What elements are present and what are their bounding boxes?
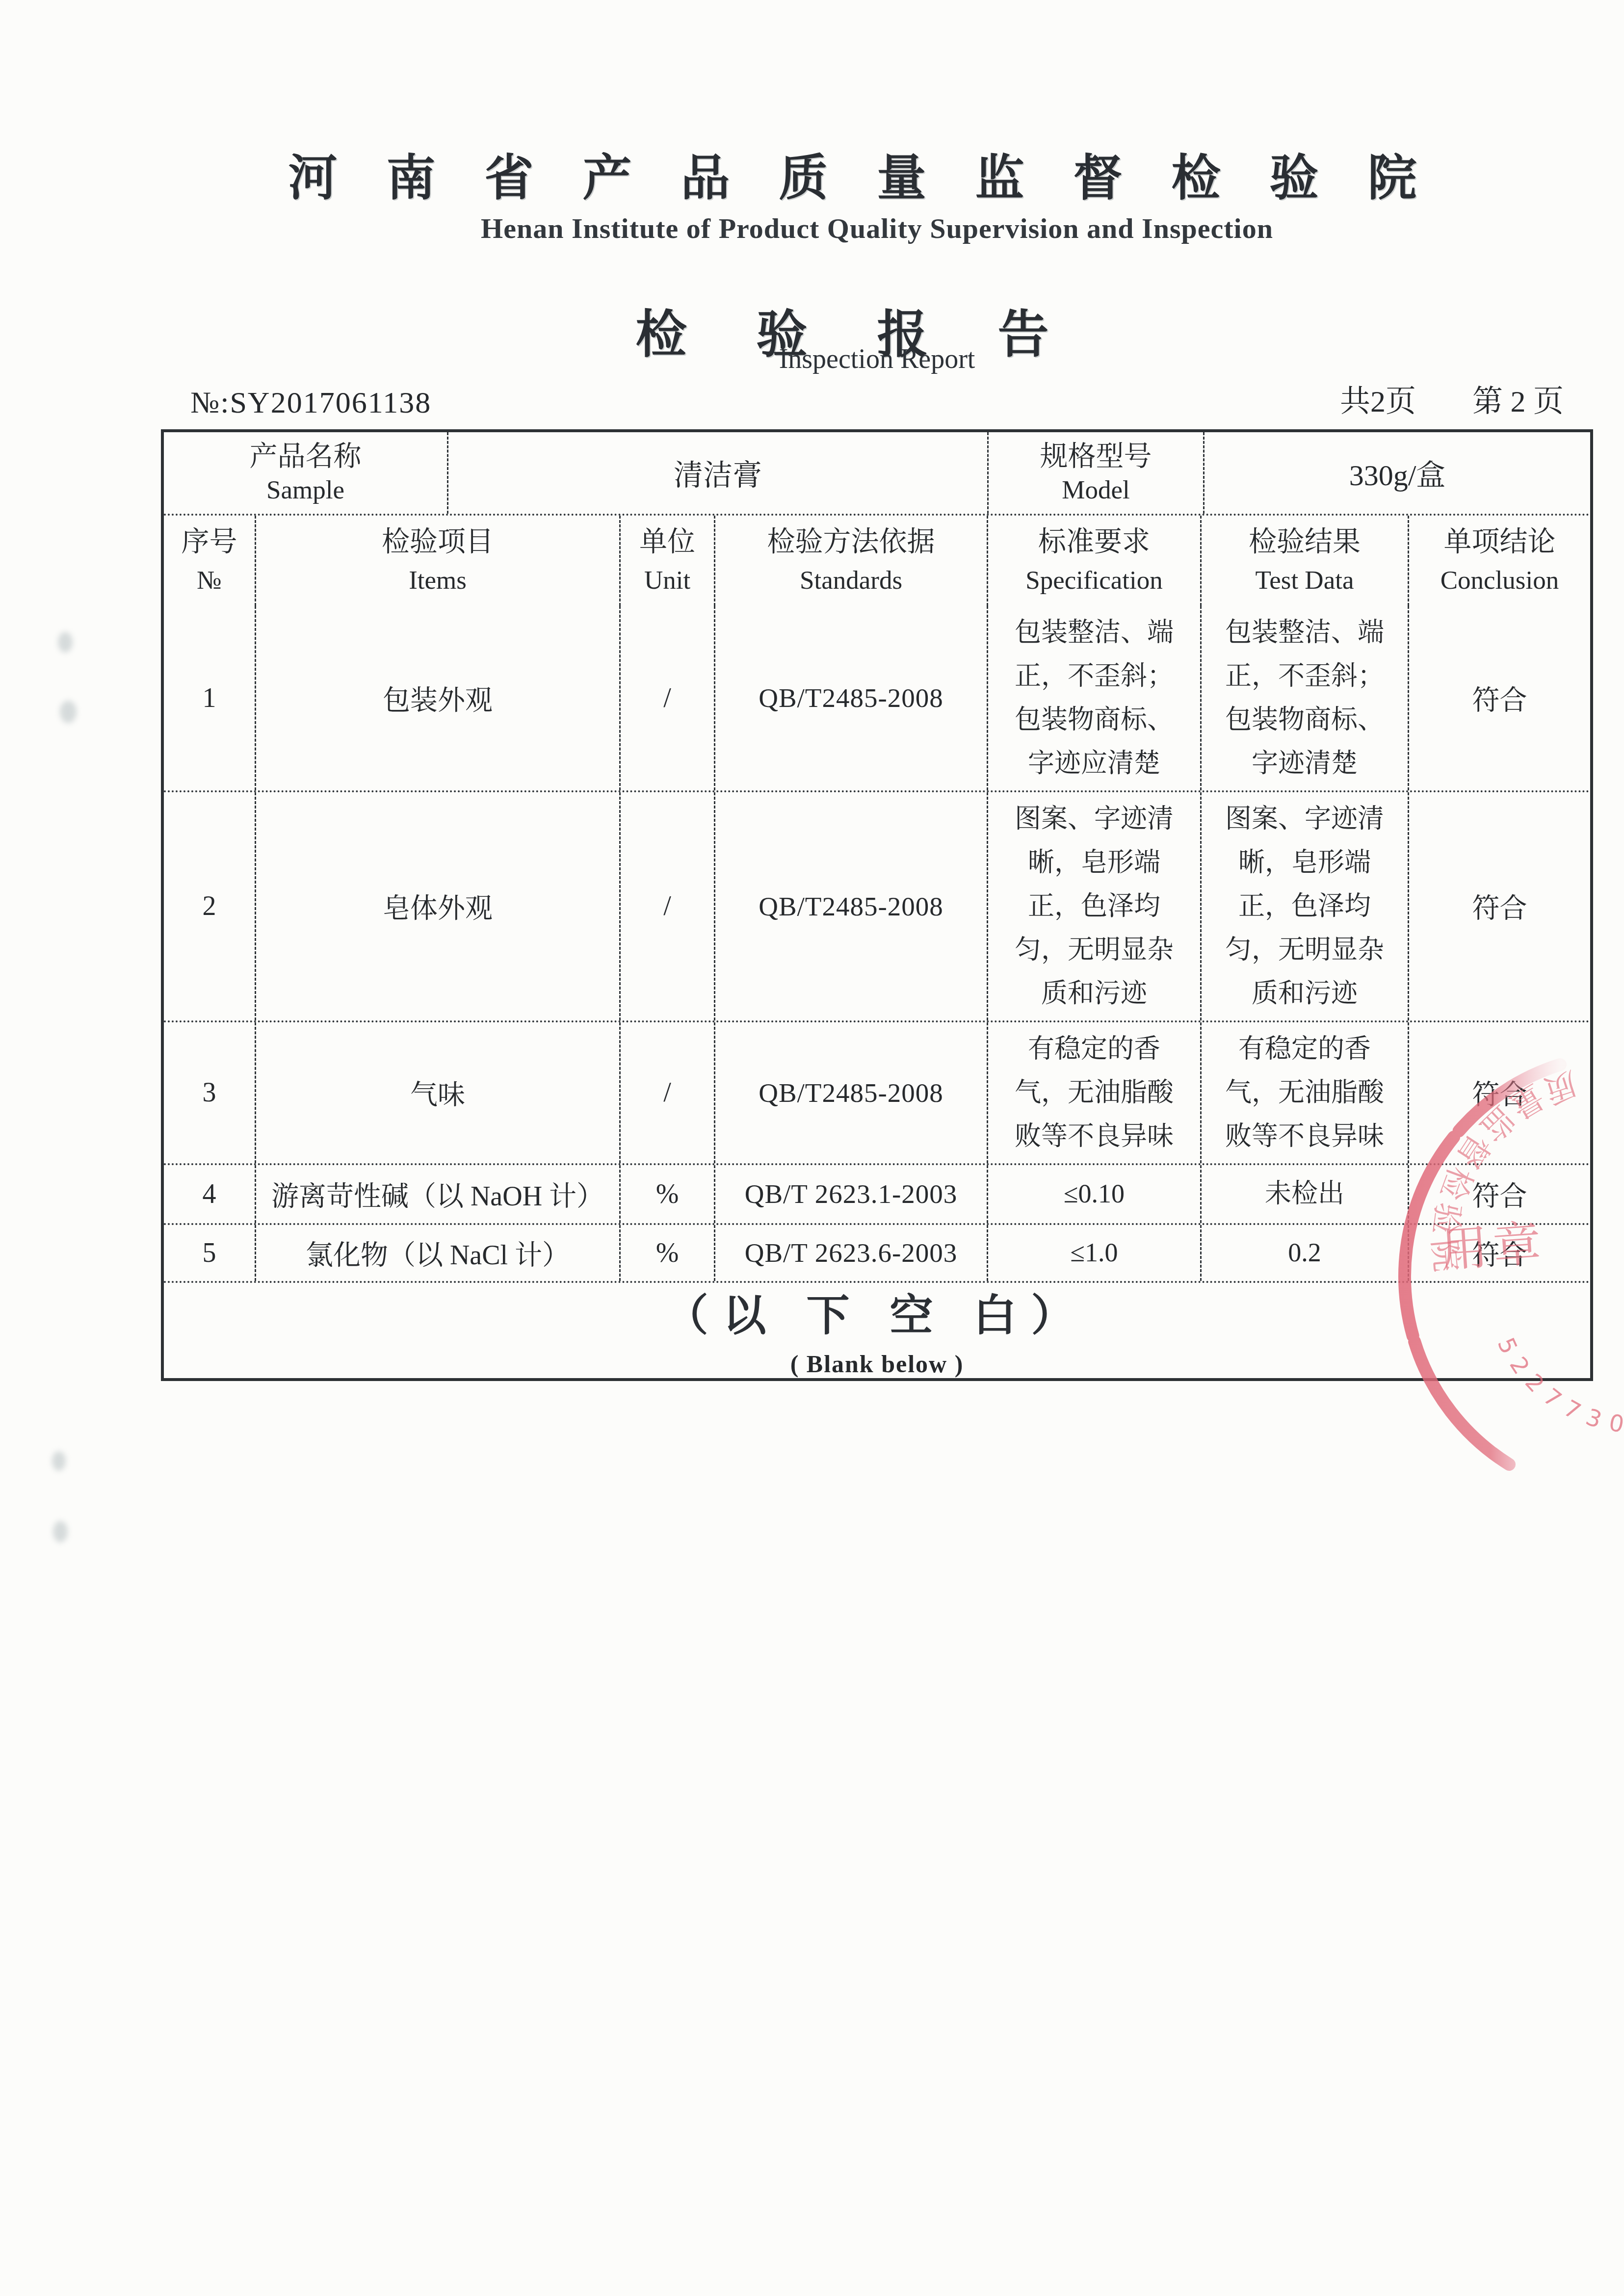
svg-text:7: 7 <box>1559 1395 1585 1426</box>
cell-no: 3 <box>164 1022 255 1163</box>
column-header-3: 单位Unit <box>619 516 714 606</box>
column-header-2: 检验项目Items <box>255 516 619 606</box>
scan-smudge <box>58 632 73 652</box>
svg-text:2: 2 <box>1504 1352 1535 1379</box>
cell-unit: / <box>619 1022 714 1163</box>
table-row: 2皂体外观/QB/T2485-2008图案、字迹清 晰，皂形端 正，色泽均 匀，… <box>164 790 1590 1020</box>
model-value: 330g/盒 <box>1203 432 1590 514</box>
product-name-label: 产品名称 Sample <box>164 432 447 514</box>
cell-no: 4 <box>164 1165 255 1223</box>
cell-unit: / <box>619 606 714 790</box>
column-header-4: 检验方法依据Standards <box>714 516 987 606</box>
cell-spec: 包装整洁、端 正，不歪斜； 包装物商标、 字迹应清楚 <box>987 606 1200 790</box>
scan-smudge <box>60 701 77 723</box>
scan-smudge <box>53 1521 68 1542</box>
table-row: 1包装外观/QB/T2485-2008包装整洁、端 正，不歪斜； 包装物商标、 … <box>164 606 1590 790</box>
seal-serial-number: 5227730 <box>1492 1334 1624 1438</box>
cell-unit: / <box>619 792 714 1020</box>
cell-no: 1 <box>164 606 255 790</box>
blank-below-chinese: （以 下 空 白） <box>665 1281 1089 1343</box>
product-name-label-en: Sample <box>266 474 344 506</box>
column-header-6: 检验结果Test Data <box>1200 516 1408 606</box>
cell-standard: QB/T2485-2008 <box>714 792 987 1020</box>
model-label: 规格型号 Model <box>987 432 1203 514</box>
seal-use-chapter-text: 用章 <box>1438 1218 1547 1278</box>
cell-spec: 图案、字迹清 晰，皂形端 正，色泽均 匀，无明显杂 质和污迹 <box>987 792 1200 1020</box>
cell-standard: QB/T 2623.1-2003 <box>714 1165 987 1223</box>
product-row: 产品名称 Sample 清洁膏 规格型号 Model 330g/盒 <box>164 432 1590 514</box>
product-name-label-cn: 产品名称 <box>250 439 362 474</box>
cell-spec: ≤1.0 <box>987 1225 1200 1281</box>
cell-item: 皂体外观 <box>255 792 619 1020</box>
official-seal-stamp: 质量监督检验院 用章 5227730 <box>1347 1038 1624 1533</box>
cell-result: 包装整洁、端 正，不歪斜； 包装物商标、 字迹清楚 <box>1200 606 1408 790</box>
cell-standard: QB/T2485-2008 <box>714 606 987 790</box>
svg-text:0: 0 <box>1607 1409 1624 1438</box>
cell-item: 气味 <box>255 1022 619 1163</box>
column-header-7: 单项结论Conclusion <box>1408 516 1590 606</box>
cell-standard: QB/T2485-2008 <box>714 1022 987 1163</box>
cell-standard: QB/T 2623.6-2003 <box>714 1225 987 1281</box>
scan-smudge <box>52 1451 66 1471</box>
cell-spec: ≤0.10 <box>987 1165 1200 1223</box>
page-info: 共2页 第 2 页 <box>1340 377 1593 420</box>
svg-text:7: 7 <box>1538 1383 1567 1413</box>
table-header-row: 序号№检验项目Items单位Unit检验方法依据Standards标准要求Spe… <box>164 514 1590 606</box>
cell-unit: % <box>619 1165 714 1223</box>
model-label-cn: 规格型号 <box>1040 439 1152 474</box>
cell-conclusion: 符合 <box>1408 606 1590 790</box>
svg-text:5: 5 <box>1492 1334 1522 1358</box>
cell-no: 5 <box>164 1225 255 1281</box>
blank-below-english: ( Blank below ) <box>790 1350 964 1378</box>
svg-text:2: 2 <box>1519 1369 1549 1398</box>
cell-item: 包装外观 <box>255 606 619 790</box>
cell-spec: 有稳定的香 气，无油脂酸 败等不良异味 <box>987 1022 1200 1163</box>
product-name-value: 清洁膏 <box>447 432 987 514</box>
cell-result: 图案、字迹清 晰，皂形端 正，色泽均 匀，无明显杂 质和污迹 <box>1200 792 1408 1020</box>
page-current: 第 2 页 <box>1472 377 1564 420</box>
cell-item: 氯化物（以 NaCl 计） <box>255 1225 619 1281</box>
cell-unit: % <box>619 1225 714 1281</box>
scanned-inspection-report-page: 河南省产品质量监督检验院 Henan Institute of Product … <box>0 0 1624 2296</box>
report-number: №:SY2017061138 <box>161 386 431 420</box>
cell-conclusion: 符合 <box>1408 792 1590 1020</box>
cell-item: 游离苛性碱（以 NaOH 计） <box>255 1165 619 1223</box>
institute-title-chinese: 河南省产品质量监督检验院 <box>161 138 1593 209</box>
column-header-1: 序号№ <box>164 516 255 606</box>
cell-no: 2 <box>164 792 255 1020</box>
report-meta-row: №:SY2017061138 共2页 第 2 页 <box>161 377 1593 420</box>
pages-total: 共2页 <box>1340 377 1416 420</box>
institute-title-english: Henan Institute of Product Quality Super… <box>161 212 1593 245</box>
model-label-en: Model <box>1062 474 1129 506</box>
column-header-5: 标准要求Specification <box>987 516 1200 606</box>
report-title-english: Inspection Report <box>161 343 1593 375</box>
svg-text:3: 3 <box>1582 1404 1605 1434</box>
